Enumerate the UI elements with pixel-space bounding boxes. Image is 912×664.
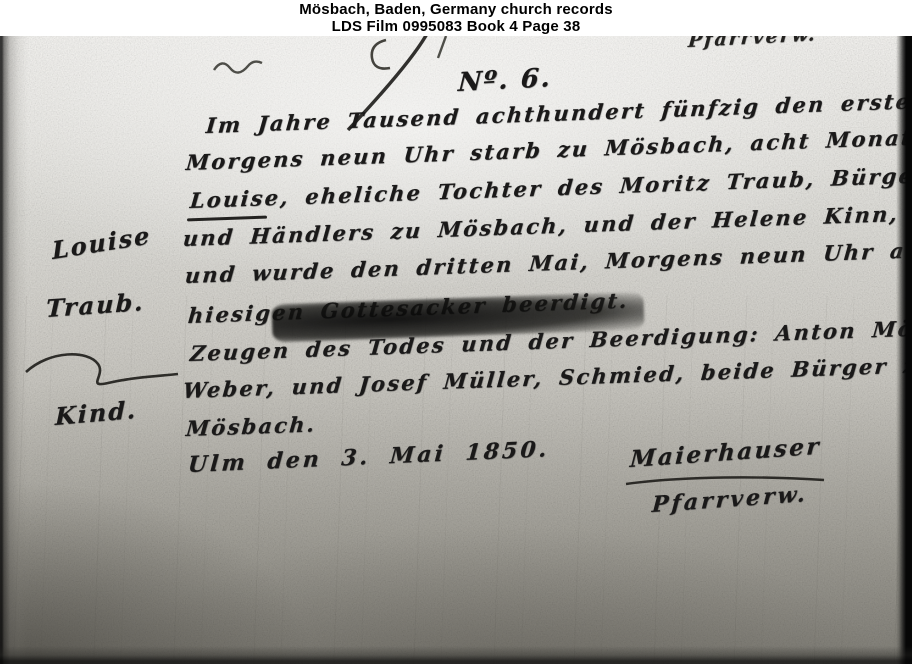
caption-film-reference: LDS Film 0995083 Book 4 Page 38 (0, 18, 912, 35)
margin-name-given: Louise (51, 220, 152, 265)
screenshot-root: Mösbach, Baden, Germany church records L… (0, 0, 912, 664)
caption-title: Mösbach, Baden, Germany church records (0, 1, 912, 18)
louise-underline (187, 216, 267, 221)
scan-edge-right (896, 36, 912, 664)
document-scan: Pfarrverw. Nº. 6. Louise Traub. Kind. Im… (0, 36, 912, 664)
scan-edge-bottom (0, 646, 912, 664)
record-number: Nº. 6. (457, 63, 552, 98)
caption: Mösbach, Baden, Germany church records L… (0, 1, 912, 35)
margin-flourish (22, 342, 184, 398)
body-line: Mösbach. (185, 411, 317, 441)
previous-entry-fragment: Pfarrverw. (687, 36, 817, 52)
scan-edge-left (0, 36, 28, 664)
